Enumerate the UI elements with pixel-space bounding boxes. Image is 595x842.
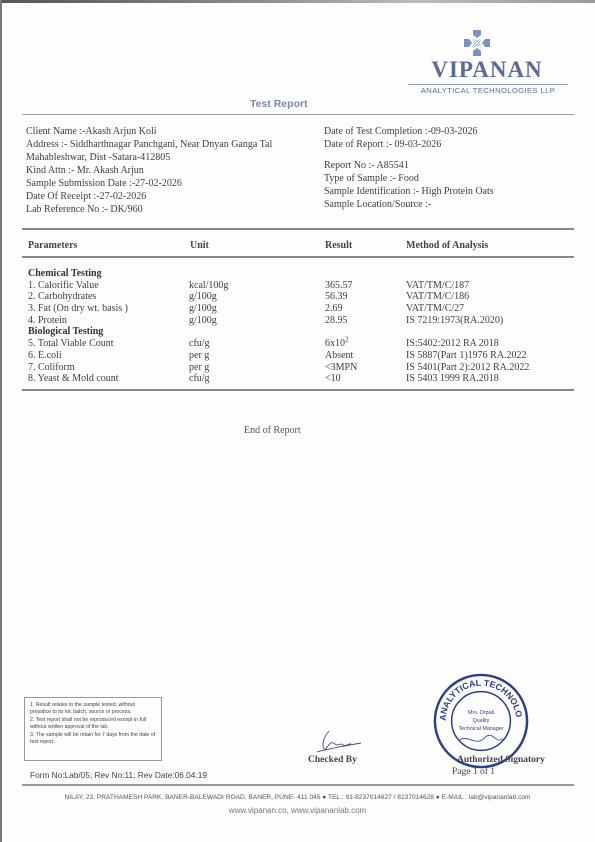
method-cell: IS 7219:1973(RA.2020) xyxy=(406,315,529,327)
parameters-column: Chemical Testing 1. Calorific Value 2. C… xyxy=(28,268,128,385)
result-column: 365.57 56.39 2.69 28.95 6x102 Absent <3M… xyxy=(325,268,357,385)
svg-text:Quality: Quality xyxy=(473,718,490,724)
sample-type: Type of Sample :- Food xyxy=(324,172,494,185)
result-cell: <3MPN xyxy=(325,362,357,374)
section-chemical: Chemical Testing xyxy=(28,268,128,280)
method-cell: IS 5401(Part 2):2012 RA.2022 xyxy=(406,362,529,374)
address-line2: Mahableshwar, Dist -Satara-412805 xyxy=(26,151,272,164)
result-cell: 56.39 xyxy=(325,291,357,303)
unit-cell: cfu/g xyxy=(189,373,228,385)
table-row: 3. Fat (On dry wt. basis ) xyxy=(28,303,128,315)
scan-edge xyxy=(0,0,595,3)
footer-websites: www.vipanan.co, www.vipananlab.com xyxy=(20,806,575,815)
unit-cell: per g xyxy=(189,362,228,374)
table-row: 8. Yeast & Mold count xyxy=(28,373,128,385)
kind-attn: Kind Attn :- Mr. Akash Arjun xyxy=(26,164,272,177)
divider xyxy=(22,114,574,115)
table-row: 1. Calorific Value xyxy=(28,280,128,292)
method-cell: IS 5403 1999 RA.2018 xyxy=(406,373,529,385)
logo-cross-icon xyxy=(464,30,490,56)
signature-icon xyxy=(313,728,363,756)
unit-column: kcal/100g g/100g g/100g g/100g cfu/g per… xyxy=(189,268,228,385)
method-cell: IS 5887(Part 1)1976 RA.2022 xyxy=(406,350,529,362)
test-completion-date: Date of Test Completion :-09-03-2026 xyxy=(324,125,494,138)
unit-cell: per g xyxy=(189,350,228,362)
unit-cell: g/100g xyxy=(189,303,228,315)
receipt-date: Date Of Receipt :-27-02-2026 xyxy=(26,190,272,203)
header-unit: Unit xyxy=(190,240,209,251)
result-cell: 28.95 xyxy=(325,315,357,327)
section-biological: Biological Testing xyxy=(28,326,128,338)
footer-address: NILAY, 23, PRATHAMESH PARK, BANER-BALEWA… xyxy=(20,794,575,801)
header-method: Method of Analysis xyxy=(406,240,488,251)
divider xyxy=(22,228,574,230)
note: 1. Result relates to the sample tested, … xyxy=(30,702,156,715)
result-cell: 365.57 xyxy=(325,280,357,292)
svg-text:Technical Manager: Technical Manager xyxy=(458,726,503,732)
sample-location: Sample Location/Source :- xyxy=(324,198,494,211)
note: 2. Test report shall not be reproduced e… xyxy=(30,717,156,730)
svg-text:Mrs. Drpali: Mrs. Drpali xyxy=(468,710,494,716)
header-parameters: Parameters xyxy=(28,240,77,251)
form-number: Form No:Lab/05; Rev No:11; Rev Date:06.0… xyxy=(30,770,207,780)
report-no: Report No :- A85541 xyxy=(324,159,494,172)
method-cell: VAT/TM/C/27 xyxy=(406,303,529,315)
sample-identification: Sample Identification :- High Protein Oa… xyxy=(324,185,494,198)
unit-cell: g/100g xyxy=(189,291,228,303)
note: 3. The sample will be retain for 7 days … xyxy=(30,732,156,745)
authorized-signatory-label: Authorized Signatory xyxy=(457,755,545,765)
method-cell: IS:5402:2012 RA 2018 xyxy=(406,338,529,350)
notes-box: 1. Result relates to the sample tested, … xyxy=(24,697,162,761)
table-row: 4. Protein xyxy=(28,315,128,327)
unit-cell: kcal/100g xyxy=(189,280,228,292)
result-cell: <10 xyxy=(325,373,357,385)
client-info: Client Name :-Akash Arjun Koli Address :… xyxy=(26,125,272,216)
report-info: Date of Test Completion :-09-03-2026 Dat… xyxy=(324,125,494,211)
divider xyxy=(22,389,574,391)
table-row: 2. Carbohydrates xyxy=(28,291,128,303)
checked-by-label: Checked By xyxy=(308,755,357,765)
unit-cell: g/100g xyxy=(189,315,228,327)
result-cell: 6x102 xyxy=(325,338,357,350)
lab-reference: Lab Reference No :- DK/960 xyxy=(26,203,272,216)
result-cell: Absent xyxy=(325,350,357,362)
table-row: 7. Coliform xyxy=(28,362,128,374)
client-name: Client Name :-Akash Arjun Koli xyxy=(26,125,272,138)
unit-cell: cfu/g xyxy=(189,338,228,350)
divider xyxy=(22,256,574,258)
company-logo: VIPANAN ANALYTICAL TECHNOLOGIES LLP xyxy=(402,30,572,100)
report-title: Test Report xyxy=(250,98,360,110)
result-cell: 2.69 xyxy=(325,303,357,315)
method-cell: VAT/TM/C/186 xyxy=(406,291,529,303)
address-line1: Address :- Siddharthnagar Panchgani, Nea… xyxy=(26,138,272,151)
table-row: 6. E.coli xyxy=(28,350,128,362)
company-name: VIPANAN xyxy=(402,57,572,83)
page-number: Page 1 of 1 xyxy=(452,767,495,777)
report-date: Date of Report :- 09-03-2026 xyxy=(324,138,494,151)
scan-edge-left xyxy=(0,0,2,842)
method-column: VAT/TM/C/187 VAT/TM/C/186 VAT/TM/C/27 IS… xyxy=(406,268,529,385)
table-row: 5. Total Viable Count xyxy=(28,338,128,350)
header-result: Result xyxy=(325,240,352,251)
end-of-report: End of Report xyxy=(244,425,301,436)
company-subtitle: ANALYTICAL TECHNOLOGIES LLP xyxy=(408,84,568,95)
submission-date: Sample Submission Date :-27-02-2026 xyxy=(26,177,272,190)
divider xyxy=(22,784,574,786)
method-cell: VAT/TM/C/187 xyxy=(406,280,529,292)
